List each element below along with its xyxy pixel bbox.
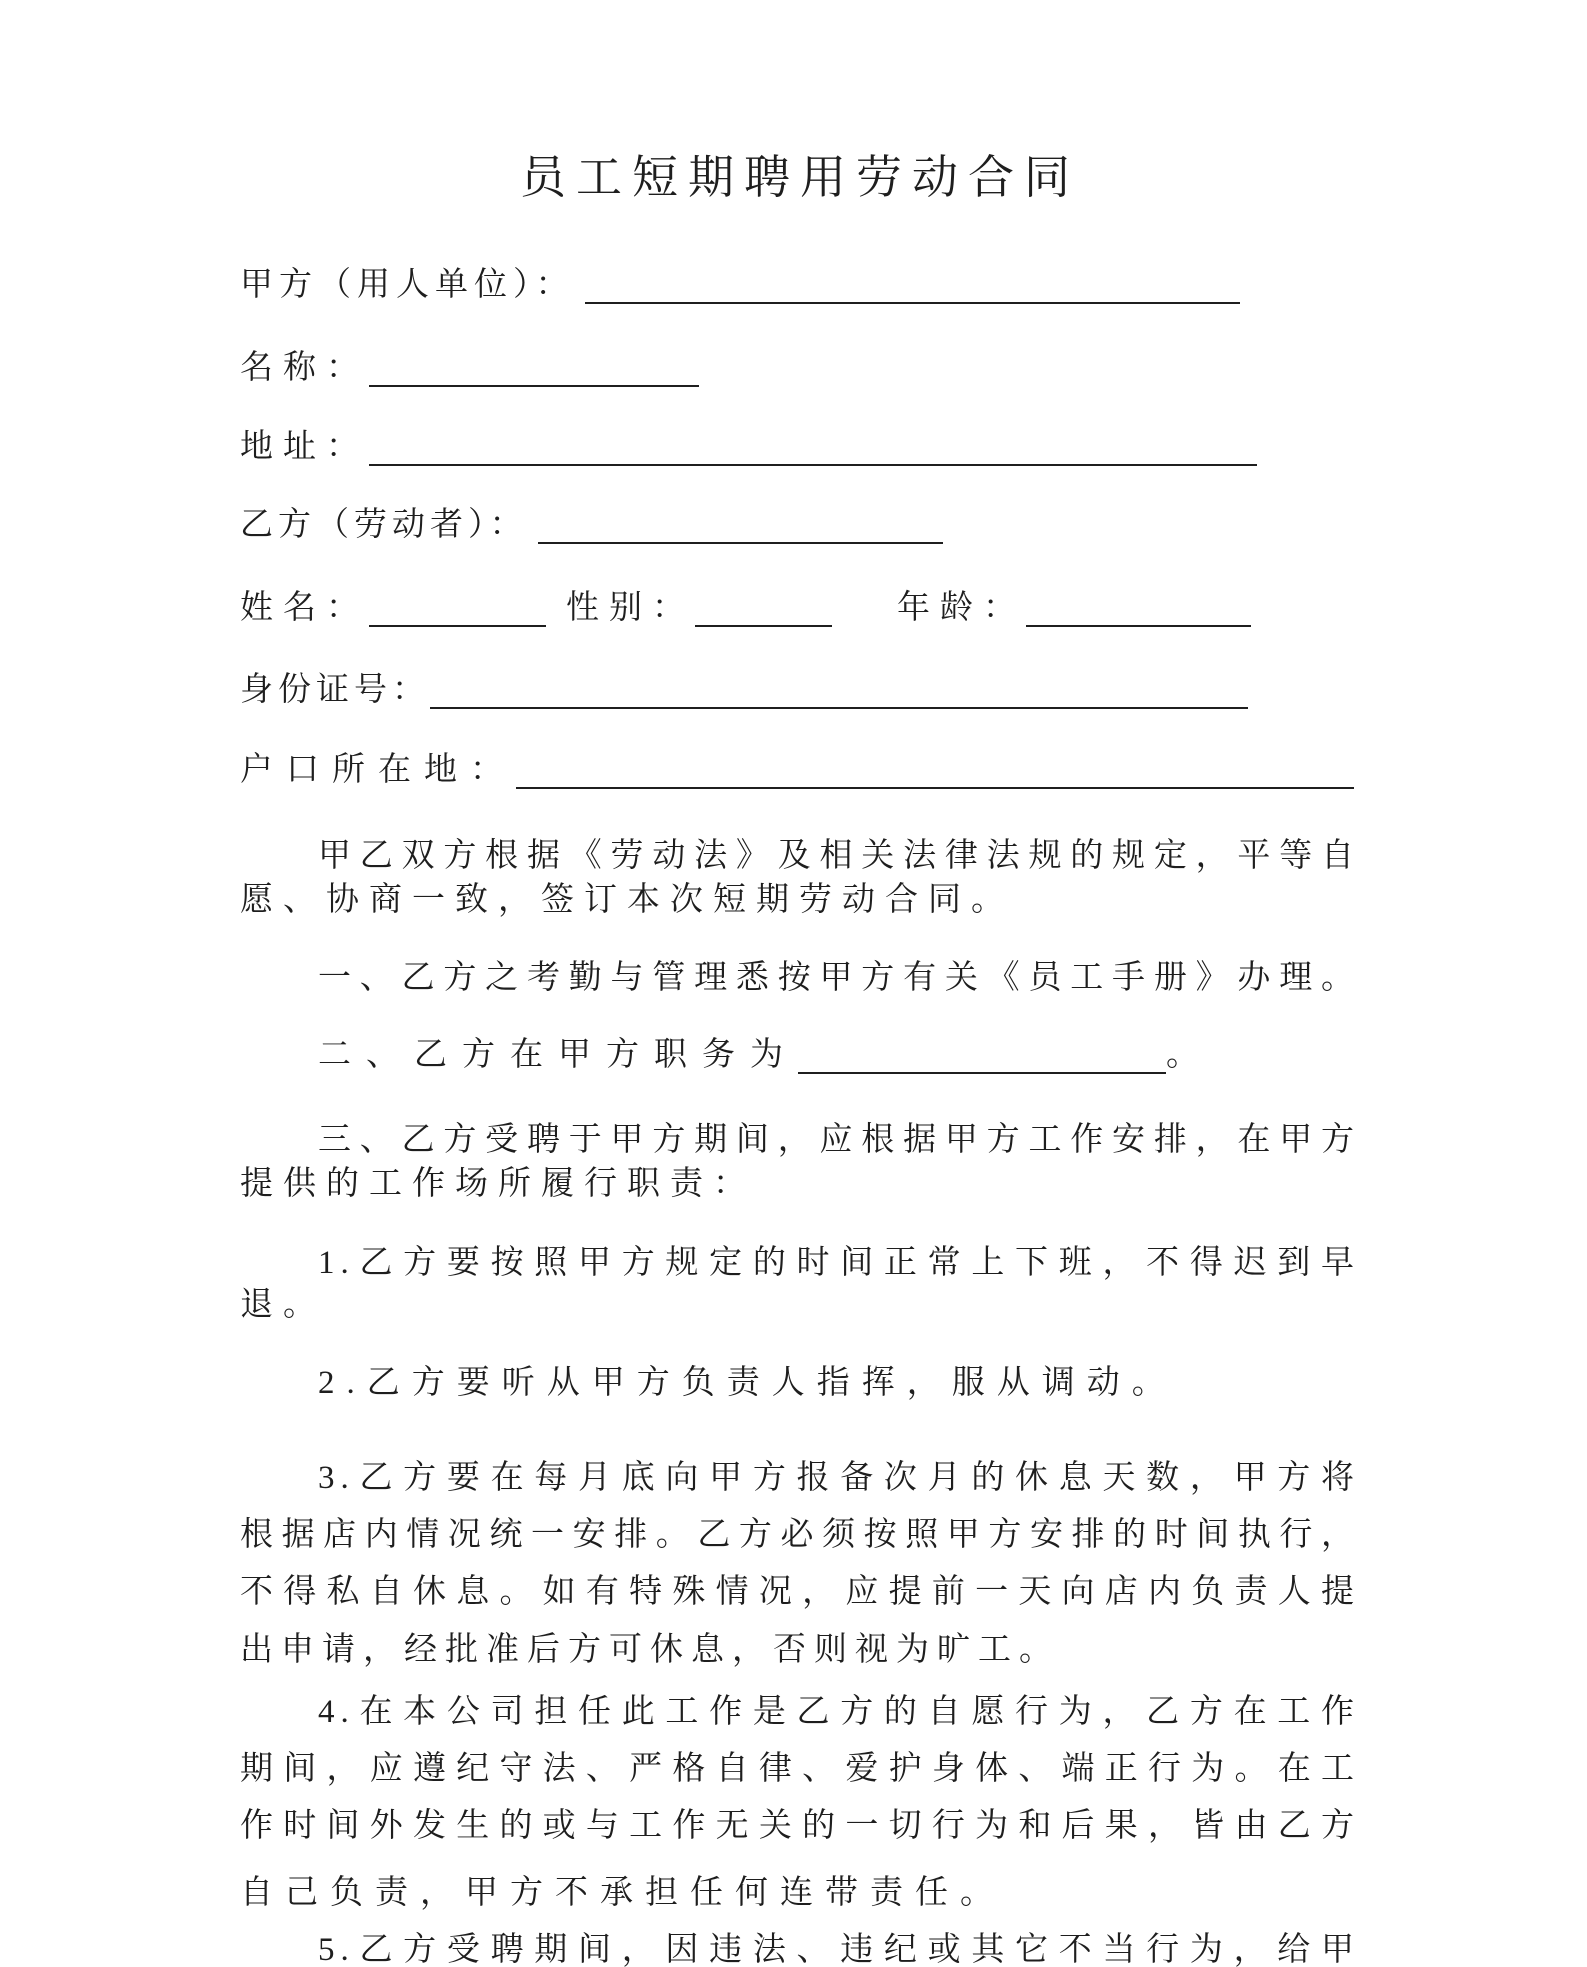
field-row-company-name: 名称： bbox=[240, 348, 1360, 388]
address-blank-line[interactable] bbox=[369, 431, 1257, 466]
field-row-address: 地址： bbox=[240, 427, 1360, 467]
intro-line-2: 愿、协商一致，签订本次短期劳动合同。 bbox=[240, 880, 1360, 920]
age-label: 年龄： bbox=[897, 588, 1026, 628]
clause-3-line-2: 提供的工作场所履行职责： bbox=[240, 1164, 1360, 1204]
contract-document-page: 员工短期聘用劳动合同 甲方（用人单位）： 名称： 地址： 乙方（劳动者）： 姓名… bbox=[0, 0, 1587, 1967]
field-row-id-number: 身份证号： bbox=[240, 670, 1360, 710]
address-label: 地址： bbox=[240, 427, 369, 467]
item-4-line-1: 4.在本公司担任此工作是乙方的自愿行为，乙方在工作 bbox=[240, 1692, 1360, 1732]
id-number-blank-line[interactable] bbox=[430, 674, 1248, 709]
item-5-line-1: 5.乙方受聘期间，因违法、违纪或其它不当行为，给甲 bbox=[240, 1930, 1360, 1967]
party-a-label: 甲方（用人单位）： bbox=[240, 265, 575, 305]
intro-line-1: 甲乙双方根据《劳动法》及相关法律法规的规定，平等自 bbox=[240, 836, 1360, 876]
clause-2-prefix: 二、乙方在甲方职务为 bbox=[318, 1035, 798, 1075]
age-blank-line[interactable] bbox=[1026, 592, 1251, 627]
item-2-line-1: 2.乙方要听从甲方负责人指挥，服从调动。 bbox=[240, 1363, 1360, 1403]
clause-3-line-1: 三、乙方受聘于甲方期间，应根据甲方工作安排，在甲方 bbox=[240, 1120, 1360, 1160]
company-name-label: 名称： bbox=[240, 348, 369, 388]
company-name-blank-line[interactable] bbox=[369, 352, 699, 387]
person-name-blank-line[interactable] bbox=[369, 592, 546, 627]
residence-label: 户口所在地： bbox=[240, 750, 516, 790]
residence-blank-line[interactable] bbox=[516, 754, 1354, 789]
field-row-party-a: 甲方（用人单位）： bbox=[240, 265, 1360, 305]
spacer bbox=[832, 617, 897, 618]
clause-2-suffix: 。 bbox=[1166, 1035, 1199, 1075]
item-1-line-1: 1.乙方要按照甲方规定的时间正常上下班，不得迟到早 bbox=[240, 1243, 1360, 1283]
field-row-residence: 户口所在地： bbox=[240, 750, 1360, 790]
spacer bbox=[546, 617, 566, 618]
item-3-line-2: 根据店内情况统一安排。乙方必须按照甲方安排的时间执行， bbox=[240, 1515, 1360, 1555]
item-4-line-3: 作时间外发生的或与工作无关的一切行为和后果，皆由乙方 bbox=[240, 1806, 1360, 1846]
id-number-label: 身份证号： bbox=[240, 670, 430, 710]
gender-blank-line[interactable] bbox=[695, 592, 832, 627]
person-name-label: 姓名： bbox=[240, 588, 369, 628]
party-b-label: 乙方（劳动者）： bbox=[240, 505, 528, 545]
item-4-line-2: 期间，应遵纪守法、严格自律、爱护身体、端正行为。在工 bbox=[240, 1749, 1360, 1789]
field-row-person-info: 姓名：性别：年龄： bbox=[240, 588, 1360, 628]
clause-2-line-1: 二、乙方在甲方职务为。 bbox=[240, 1035, 1360, 1075]
item-3-line-4: 出申请，经批准后方可休息，否则视为旷工。 bbox=[240, 1630, 1360, 1670]
clause-1-line-1: 一、乙方之考勤与管理悉按甲方有关《员工手册》办理。 bbox=[240, 958, 1360, 998]
item-3-line-1: 3.乙方要在每月底向甲方报备次月的休息天数，甲方将 bbox=[240, 1458, 1360, 1498]
party-a-blank-line[interactable] bbox=[585, 269, 1240, 304]
item-4-line-4: 自己负责，甲方不承担任何连带责任。 bbox=[240, 1873, 1360, 1913]
gender-label: 性别： bbox=[566, 588, 695, 628]
party-b-blank-line[interactable] bbox=[538, 509, 943, 544]
field-row-party-b: 乙方（劳动者）： bbox=[240, 505, 1360, 545]
item-3-line-3: 不得私自休息。如有特殊情况，应提前一天向店内负责人提 bbox=[240, 1572, 1360, 1612]
document-title: 员工短期聘用劳动合同 bbox=[240, 150, 1360, 206]
item-1-line-2: 退。 bbox=[240, 1285, 1360, 1325]
position-blank-line[interactable] bbox=[798, 1039, 1166, 1074]
